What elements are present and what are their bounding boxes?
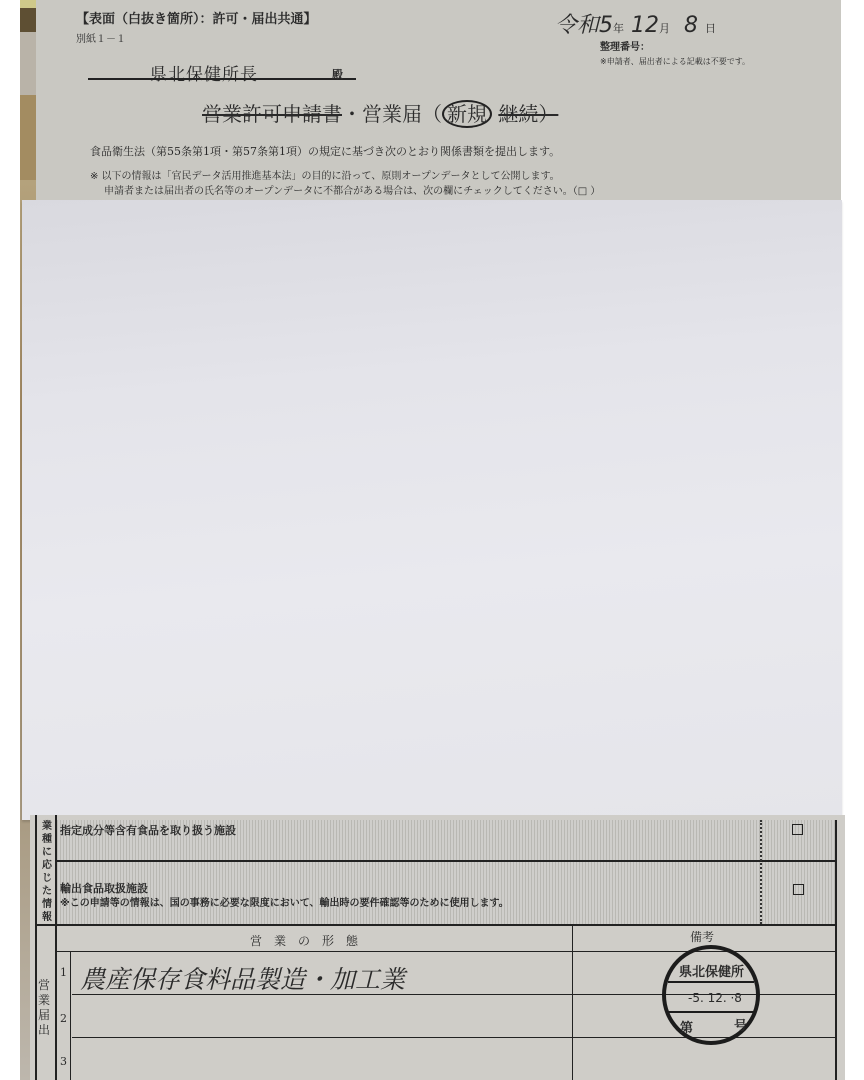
table-border-right <box>835 820 837 1080</box>
row-number: 3 <box>60 1055 67 1068</box>
num-column-border <box>70 951 71 1080</box>
form-title: 営業許可申請書・営業届（新規 継続） <box>202 98 558 127</box>
export-facility-checkbox[interactable] <box>793 884 804 895</box>
addressee-suffix: 殿 <box>332 66 343 82</box>
struck-renewal-option: 継続） <box>498 102 558 126</box>
row-number: 2 <box>60 1012 67 1025</box>
addressee: 県北保健所長 <box>150 60 258 85</box>
export-facility-row <box>57 862 835 924</box>
date-month: 12 <box>631 13 659 38</box>
row-number: 1 <box>60 966 67 979</box>
remarks-column-border <box>572 924 573 1080</box>
stamp-divider <box>668 981 754 983</box>
export-note: ※この申請等の情報は、国の事務に必要な限度において、輸出時の要件確認等のために使… <box>60 894 509 909</box>
stamp-number-prefix: 第 <box>680 1017 693 1036</box>
column-business-type: 営 業 の 形 態 <box>250 932 358 949</box>
stamp-number-suffix: 号 <box>734 1015 747 1034</box>
business-notification-label: 営業届出 <box>37 978 51 1038</box>
covering-blank-sheet <box>22 200 842 820</box>
stamp-office: 県北保健所 <box>679 961 744 980</box>
date-year: 5 <box>599 13 613 38</box>
table-border-label <box>55 815 57 1080</box>
addressee-underline <box>88 78 356 80</box>
reference-note: ※申請者、届出者による記載は不要です。 <box>600 56 750 67</box>
stamp-divider <box>668 1011 754 1013</box>
date-day-unit: 日 <box>705 22 716 35</box>
law-statement: 食品衛生法（第55条第1項・第57条第1項）の規定に基づき次のとおり関係書類を提… <box>90 143 560 159</box>
date-year-unit: 年 <box>613 22 624 35</box>
date-day: 8 <box>684 13 698 38</box>
dotted-separator <box>760 820 762 924</box>
submission-date: 令和5年 12月 8 日 <box>555 8 716 39</box>
row-divider <box>55 860 837 862</box>
open-data-note: ※ 以下の情報は「官民データ活用推進基本法」の目的に沿って、原則オープンデータと… <box>90 167 560 182</box>
industry-info-label: 業種に応じた情報 <box>40 820 54 924</box>
business-type-value: 農産保存食料品製造・加工業 <box>80 960 405 996</box>
header-title: 【表面（白抜き箇所）：許可・届出共通】 <box>76 8 317 27</box>
attachment-label: 別紙１－１ <box>76 30 126 45</box>
open-data-optout-note: 申請者または届出者の氏名等のオープンデータに不都合がある場合は、次の欄にチェック… <box>104 182 600 197</box>
reference-number-label: 整理番号： <box>600 38 650 53</box>
stamp-date: -5. 12. ·8 <box>688 991 742 1005</box>
column-remarks: 備考 <box>690 928 714 945</box>
date-month-unit: 月 <box>659 22 670 35</box>
date-era: 令和 <box>555 13 599 38</box>
new-option-circled: 新規 <box>442 100 492 128</box>
notification-title: 営業届 <box>362 102 422 126</box>
receipt-stamp: 県北保健所 -5. 12. ·8 第 号 <box>662 945 760 1045</box>
table-border-left <box>35 815 37 1080</box>
struck-permit-application: 営業許可申請書 <box>202 102 342 126</box>
row-divider <box>35 924 837 926</box>
designated-ingredient-facility: 指定成分等含有食品を取り扱う施設 <box>60 822 236 838</box>
designated-ingredient-checkbox[interactable] <box>792 824 803 835</box>
